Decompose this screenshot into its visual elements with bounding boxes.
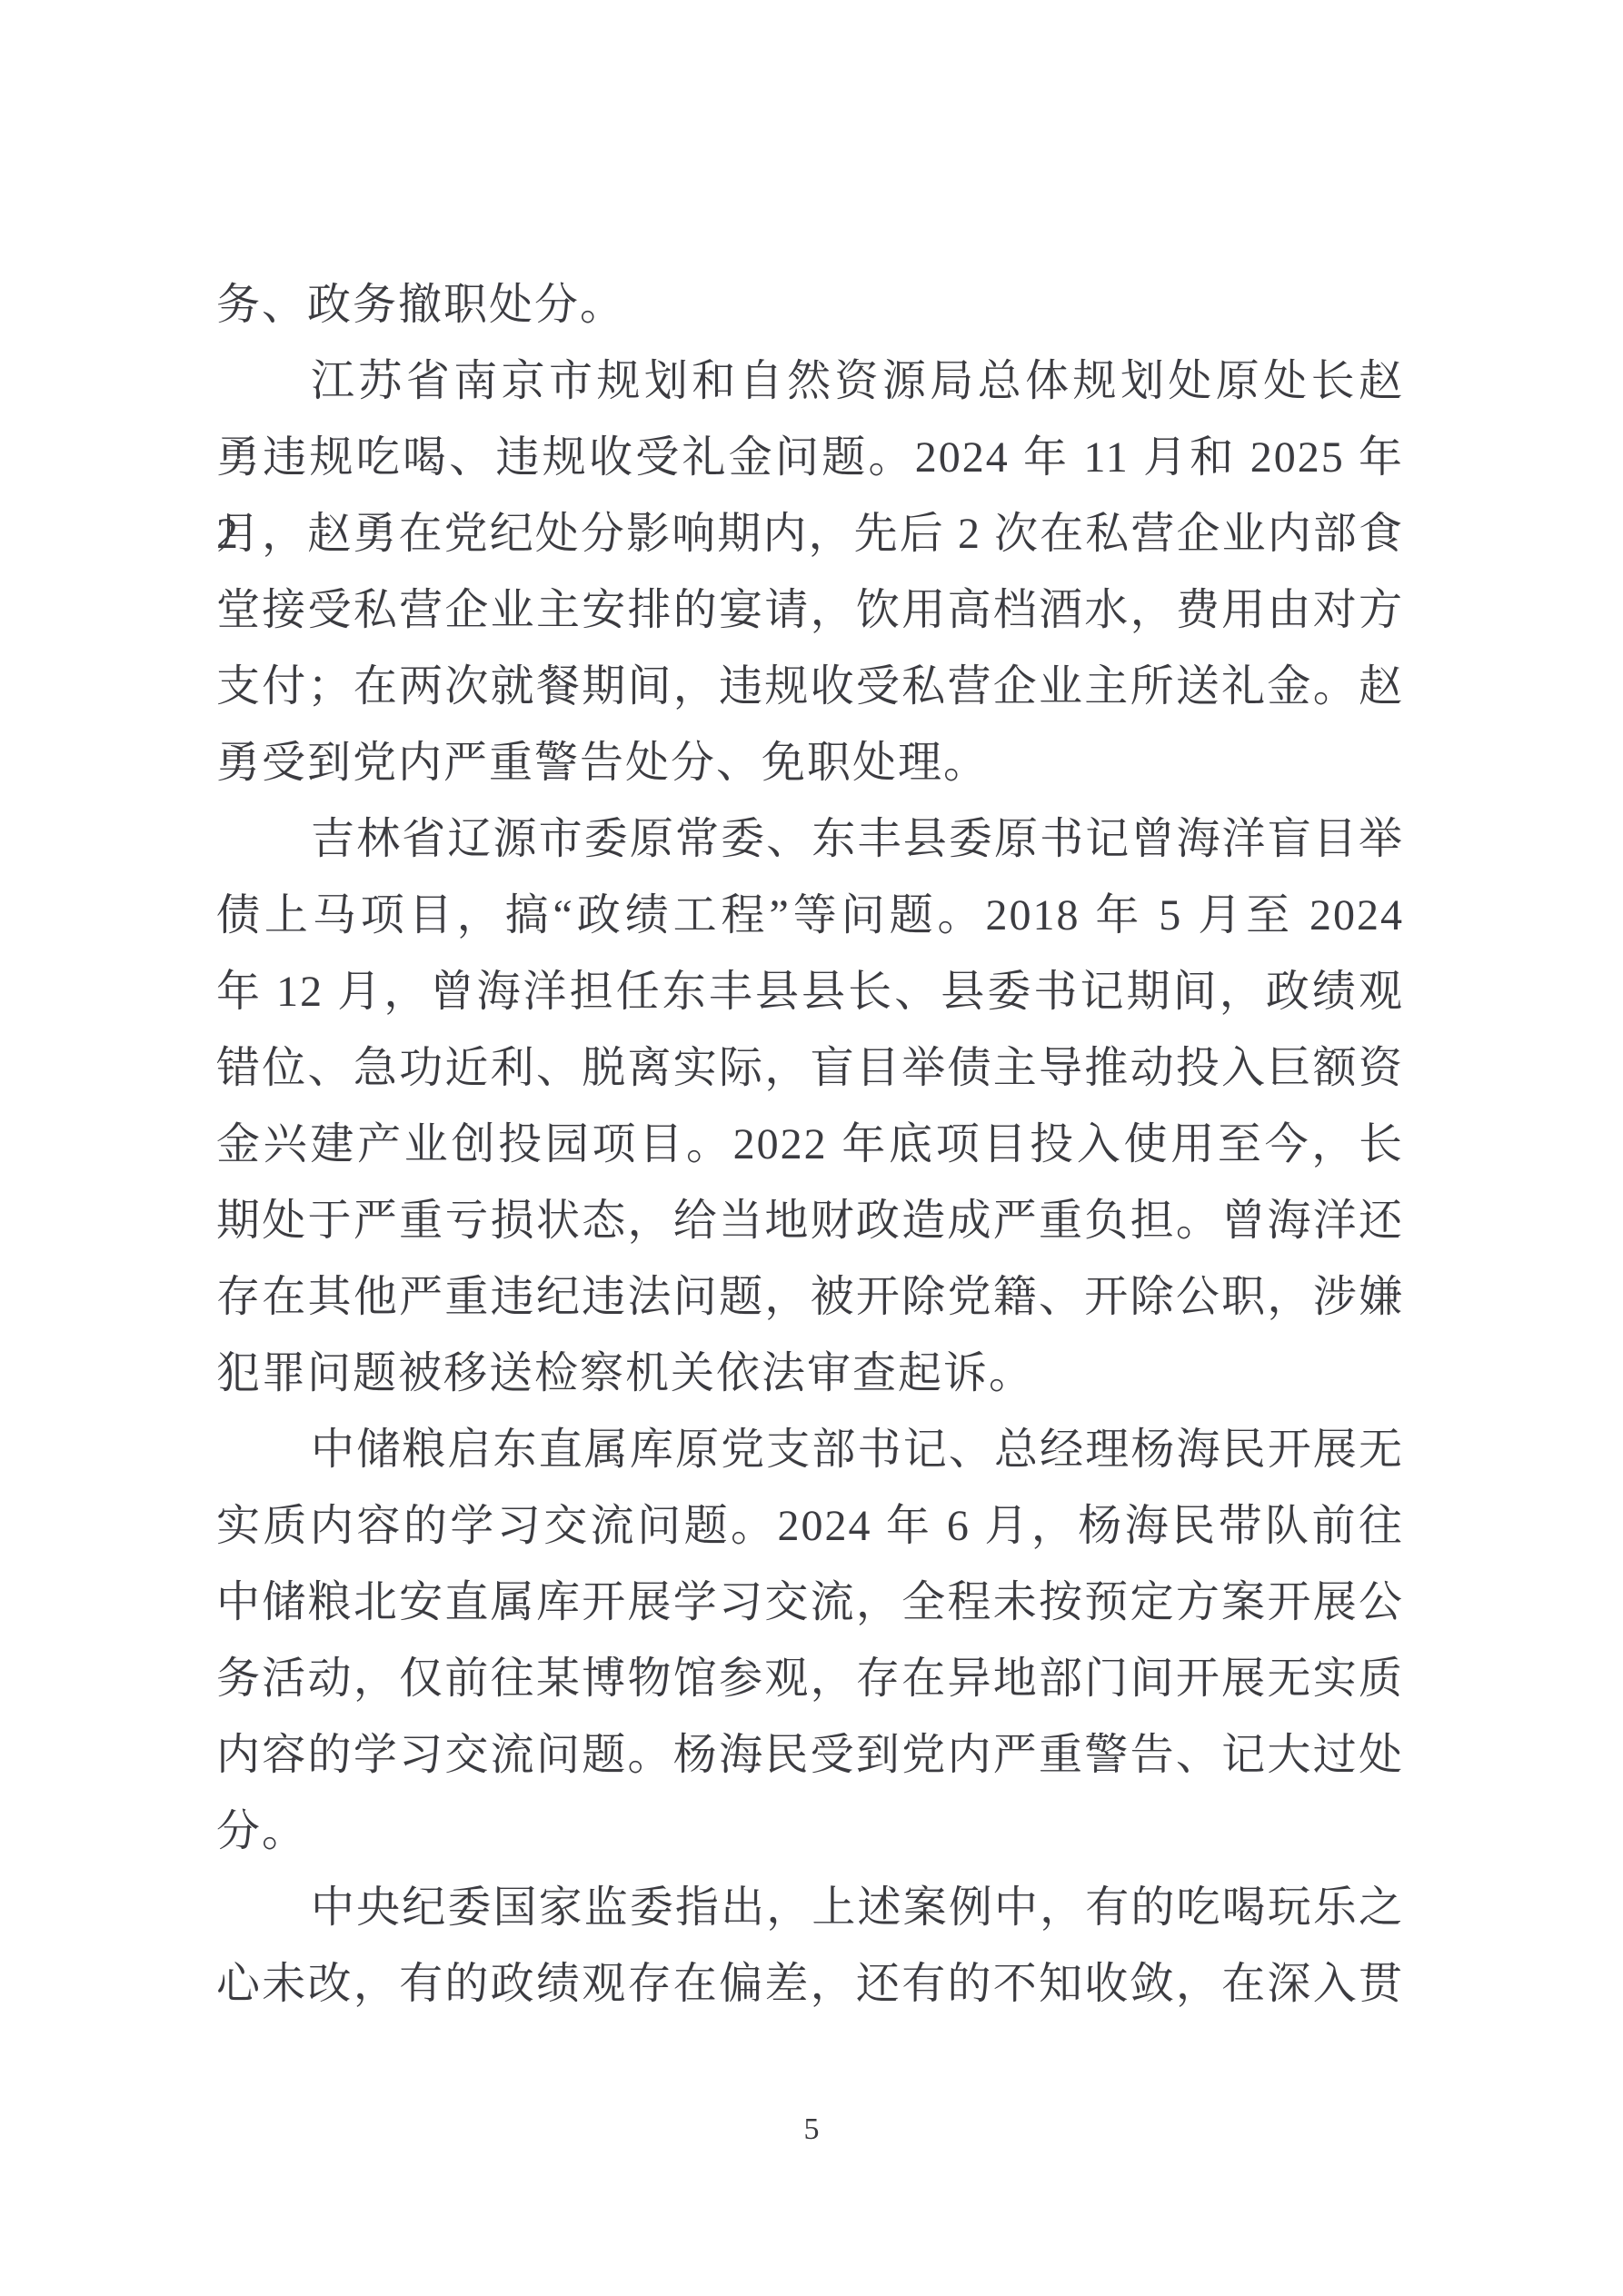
text-line: 犯罪问题被移送检察机关依法审查起诉。 <box>216 1336 1404 1412</box>
text-line: 金兴建产业创投园项目。2022 年底项目投入使用至今，长 <box>216 1107 1404 1183</box>
text-line: 债上马项目，搞“政绩工程”等问题。2018 年 5 月至 2024 <box>216 878 1404 954</box>
text-line: 江苏省南京市规划和自然资源局总体规划处原处长赵 <box>216 343 1404 420</box>
text-line: 月，赵勇在党纪处分影响期内，先后 2 次在私营企业内部食 <box>216 496 1404 572</box>
text-line: 内容的学习交流问题。杨海民受到党内严重警告、记大过处 <box>216 1717 1404 1794</box>
page-number: 5 <box>0 2110 1623 2150</box>
text-line: 实质内容的学习交流问题。2024 年 6 月，杨海民带队前往 <box>216 1488 1404 1565</box>
text-line: 存在其他严重违纪违法问题，被开除党籍、开除公职，涉嫌 <box>216 1259 1404 1336</box>
text-line: 堂接受私营企业主安排的宴请，饮用高档酒水，费用由对方 <box>216 572 1404 649</box>
text-line: 务、政务撤职处分。 <box>216 267 1404 343</box>
document-body: 务、政务撤职处分。江苏省南京市规划和自然资源局总体规划处原处长赵勇违规吃喝、违规… <box>216 267 1404 2023</box>
text-line: 支付；在两次就餐期间，违规收受私营企业主所送礼金。赵 <box>216 649 1404 725</box>
text-line: 中储粮启东直属库原党支部书记、总经理杨海民开展无 <box>216 1412 1404 1488</box>
text-line: 务活动，仅前往某博物馆参观，存在异地部门间开展无实质 <box>216 1641 1404 1717</box>
text-line: 错位、急功近利、脱离实际，盲目举债主导推动投入巨额资 <box>216 1030 1404 1107</box>
document-page: 务、政务撤职处分。江苏省南京市规划和自然资源局总体规划处原处长赵勇违规吃喝、违规… <box>0 0 1623 2296</box>
text-line: 分。 <box>216 1794 1404 1870</box>
text-line: 勇违规吃喝、违规收受礼金问题。2024 年 11 月和 2025 年 2 <box>216 420 1404 496</box>
text-line: 吉林省辽源市委原常委、东丰县委原书记曾海洋盲目举 <box>216 801 1404 878</box>
text-line: 中央纪委国家监委指出，上述案例中，有的吃喝玩乐之 <box>216 1870 1404 1946</box>
text-line: 年 12 月，曾海洋担任东丰县县长、县委书记期间，政绩观 <box>216 954 1404 1030</box>
text-line: 中储粮北安直属库开展学习交流，全程未按预定方案开展公 <box>216 1565 1404 1641</box>
text-line: 心未改，有的政绩观存在偏差，还有的不知收敛，在深入贯 <box>216 1946 1404 2023</box>
text-line: 期处于严重亏损状态，给当地财政造成严重负担。曾海洋还 <box>216 1183 1404 1259</box>
text-line: 勇受到党内严重警告处分、免职处理。 <box>216 725 1404 801</box>
